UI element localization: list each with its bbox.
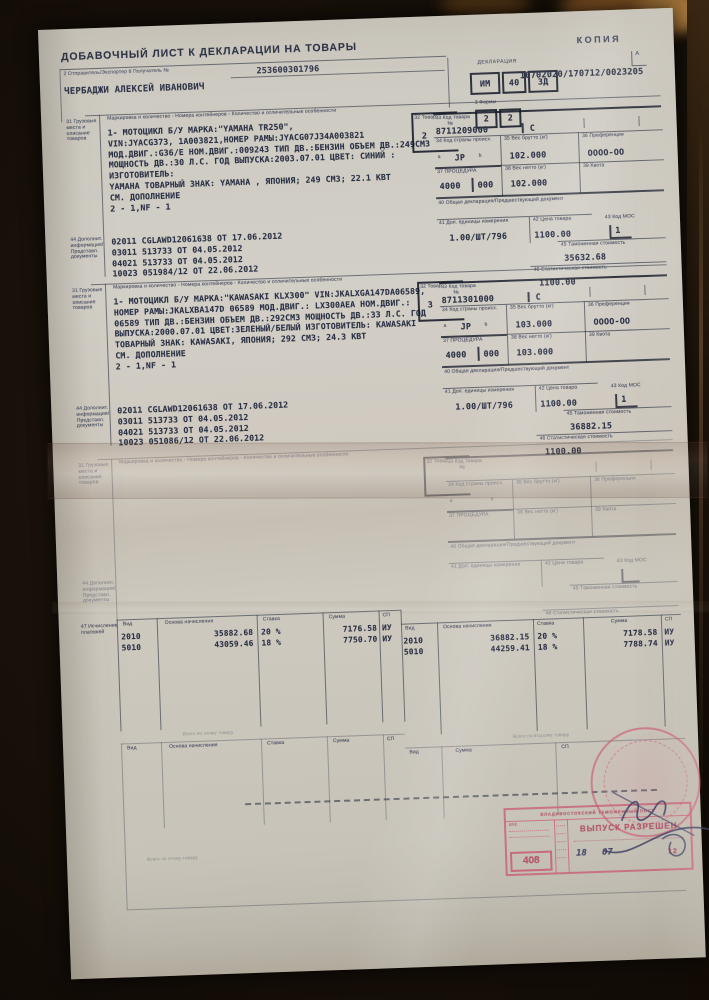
item-price: 1100.00	[540, 397, 577, 408]
box45-label: 45 Таможенная стоимость	[567, 410, 632, 418]
mos-code-box	[621, 568, 639, 583]
handwritten-signature	[543, 777, 709, 883]
col-sum: Сумма	[455, 748, 472, 754]
box35-gross: 35 Вес брутто (кг) 103.000	[506, 301, 586, 335]
box37-label: 37 ПРОЦЕДУРА	[437, 169, 477, 176]
col-sp: СП	[383, 613, 391, 619]
col-base: Основа начисления	[165, 619, 214, 626]
customs-stamp: ВЛАДИВОСТОКСКИЙ ТАМОЖЕННЫЙ ПОСТ ЛТС 408 …	[501, 725, 706, 892]
box41-label: 41 Доп. единицы измерения	[451, 562, 539, 571]
box45-label: 45 Таможенная стоимость	[561, 241, 626, 249]
box39-quota: 39 Квота	[591, 503, 677, 537]
col-sum: Сумма	[611, 619, 628, 625]
box38-net: 38 Вес нетто (кг) 102.000	[501, 162, 581, 196]
pay-row: ИУ	[382, 634, 392, 644]
box42-label: 42 Цена товара	[539, 385, 578, 392]
pay-row: ИУ	[665, 638, 675, 648]
item-number: 3	[428, 299, 434, 309]
preference-code: ОООО-ОО	[593, 316, 630, 327]
box41-units: 41 Доп. единицы измерения	[449, 560, 542, 590]
box41-units: 41 Доп. единицы измерения 1.00/ШТ/796	[437, 216, 530, 246]
payments-table-right: Вид Основа начисления Ставка Сумма СП 20…	[401, 614, 685, 736]
hs-code: 8711301000	[441, 293, 494, 305]
col-sum: Сумма	[329, 615, 346, 621]
box34-b: b	[484, 322, 487, 328]
goods-description: 1- МОТОЦИКЛ Б/У МАРКА:"KAWASAKI KLX300" …	[113, 285, 447, 372]
procedure-extra: 000	[483, 348, 499, 359]
box39-label: 39 Квота	[583, 163, 605, 170]
box37-procedure: 37 ПРОЦЕДУРА 4000 000	[435, 165, 502, 199]
col-sp: СП	[665, 617, 673, 623]
item-number: 2	[422, 130, 428, 140]
col-vid: Вид	[409, 750, 419, 756]
box37-procedure: 37 ПРОЦЕДУРА 4000 000	[441, 334, 508, 368]
box39-label: 39 Квота	[595, 507, 617, 514]
col-rate: Ставка	[537, 621, 554, 627]
pay-row: 18 %	[261, 638, 281, 649]
pay-row: 18 %	[538, 642, 558, 653]
box41-label: 41 Доп. единицы измерения	[445, 387, 533, 396]
col-vid: Вид	[127, 746, 137, 752]
customs-value: 36882.15	[570, 420, 612, 431]
box34-b: b	[491, 497, 494, 503]
box42-label: 42 Цена товара	[545, 560, 584, 567]
box34-a: a	[438, 155, 441, 161]
mos-code: 1	[609, 224, 631, 239]
customs-declaration-sheet: ДОБАВОЧНЫЙ ЛИСТ К ДЕКЛАРАЦИИ НА ТОВАРЫ К…	[38, 8, 706, 980]
copy-watermark: КОПИЯ	[577, 34, 622, 46]
box43-mos: 43 Код МОС	[603, 555, 678, 584]
pay-row: 5010	[121, 643, 141, 654]
gross-weight: 103.000	[515, 318, 552, 329]
mos-code: 1	[615, 393, 637, 408]
box39-quota: 39 Квота	[579, 159, 665, 193]
box42-price: 42 Цена товара	[541, 558, 605, 587]
box34-label: 34 Код страны происх.	[436, 137, 498, 145]
procedure-extra: 000	[477, 179, 493, 190]
documents-list: 02011 CGLAWD12061638 ОТ 17.06.2012 03011…	[117, 394, 438, 448]
box36-label: 36 Преференция	[588, 302, 630, 309]
box44-label: 44 Дополнит. информация/ Представл. доку…	[70, 237, 107, 261]
box37-label: 37 ПРОЦЕДУРА	[443, 338, 483, 345]
box39-quota: 39 Квота	[585, 328, 671, 362]
decl-direction: ИМ	[470, 72, 501, 95]
box40-label: 40 Общая декларация/Предшествующий докум…	[444, 362, 664, 375]
procedure-main: 4000	[440, 180, 461, 191]
box37-label: 37 ПРОЦЕДУРА	[449, 513, 489, 520]
pay-row: 2010	[403, 636, 423, 647]
pay-row: 20 %	[537, 631, 557, 642]
box38-label: 38 Вес нетто (кг)	[517, 508, 587, 516]
box36-preference: 36 Преференция ОООО-ОО	[578, 129, 664, 163]
box44-label: 44 Дополнит. информация/ Представл. доку…	[76, 406, 113, 430]
box38-net: 38 Вес нетто (кг) 103.000	[507, 331, 587, 365]
goods-block-2: 31 Грузовые места и описание товаров Мар…	[67, 264, 675, 455]
pay-row: 7788.74	[586, 639, 658, 652]
pay-row: 5010	[404, 647, 424, 658]
box41-label: 41 Доп. единицы измерения	[439, 218, 527, 227]
payments-table-left: Вид Основа начисления Ставка Сумма СП 20…	[117, 610, 405, 732]
box43-label: 43 Код МОС	[617, 558, 647, 565]
box40-label: 40 Общая декларация/Предшествующий докум…	[438, 193, 658, 206]
box34-b: b	[479, 154, 482, 160]
box35-label: 35 Вес брутто (кг)	[510, 303, 580, 311]
declaration-label: ДЕКЛАРАЦИЯ	[477, 59, 517, 66]
net-weight: 103.000	[516, 346, 553, 357]
box40-label: 40 Общая декларация/Предшествующий докум…	[450, 537, 670, 550]
preference-code: ОООО-ОО	[587, 147, 624, 158]
box38-label: 38 Вес нетто (кг)	[511, 333, 581, 341]
box34-a: a	[444, 324, 447, 330]
col-vid: Вид	[405, 626, 415, 632]
stamp-left-label: ЛТС	[509, 823, 518, 828]
box33-label: 33 Код товара	[441, 284, 476, 291]
box35-label: 35 Вес брутто (кг)	[504, 134, 574, 142]
supplementary-units: 1.00/ШТ/796	[449, 231, 507, 243]
box34-label: 34 Код страны происх.	[442, 306, 504, 314]
box34-country: 34 Код страны происх. a JP b	[434, 135, 501, 168]
col-base: Основа начисления	[443, 624, 492, 631]
pay-row: 2010	[121, 632, 141, 643]
box43-mos: 43 Код МОС 1	[597, 380, 672, 409]
documents-list: 02011 CGLAWD12061638 ОТ 17.06.2012 03011…	[111, 225, 432, 279]
box35-gross: 35 Вес брутто (кг) 102.000	[500, 132, 580, 166]
customs-value: 35632.68	[564, 251, 606, 262]
pay-row: 43059.46	[159, 639, 253, 652]
procedure-main: 4000	[445, 349, 466, 360]
box33-label: 33 Код товара	[435, 115, 470, 122]
goods-block-1: 31 Грузовые места и описание товаров Мар…	[61, 95, 669, 286]
hs-code-letter: С	[522, 122, 554, 133]
box42-label: 42 Цена товара	[533, 217, 572, 224]
col-base: Основа начисления	[169, 743, 218, 750]
pay-row: ИУ	[664, 627, 674, 637]
box39-label: 39 Квота	[589, 332, 611, 339]
col-vid: Вид	[123, 622, 133, 628]
pay-row: 20 %	[261, 627, 281, 638]
box34-country: 34 Код страны происх. a JP b	[440, 304, 507, 337]
paper-fold-crease	[48, 442, 708, 499]
pay-row: ИУ	[382, 623, 392, 633]
photo-frame: ДОБАВОЧНЫЙ ЛИСТ К ДЕКЛАРАЦИИ НА ТОВАРЫ К…	[0, 0, 709, 1000]
goods-description: 1- МОТОЦИКЛ Б/У МАРКА:"YAMAHA TR250", VI…	[107, 116, 442, 214]
sender-name: ЧЕРБАДЖИ АЛЕКСЕЙ ИВАНОВИЧ	[64, 82, 205, 97]
section-a-label: А	[635, 52, 639, 58]
box31-label: 31 Грузовые места и описание товаров	[66, 119, 101, 143]
box31-label: 31 Грузовые места и описание товаров	[72, 288, 107, 312]
col-rate: Ставка	[267, 741, 284, 747]
box42-price: 42 Цена товара 1100.00	[535, 383, 599, 412]
gross-weight: 102.000	[509, 149, 546, 160]
box37-procedure: 37 ПРОЦЕДУРА	[447, 509, 514, 543]
box36-preference: 36 Преференция ОООО-ОО	[584, 298, 670, 332]
pay-row: 7176.58	[325, 624, 377, 636]
total-band-bottom: Всего по этому товару	[147, 855, 198, 863]
box43-label: 43 Код МОС	[605, 214, 635, 221]
paper-fold-crease-2	[52, 601, 709, 614]
pay-row: 44259.41	[440, 643, 530, 656]
country-code: JP	[460, 321, 471, 331]
box42-price: 42 Цена товара 1100.00	[529, 214, 593, 243]
pay-row: 7750.70	[325, 635, 377, 647]
box45-label: 45 Таможенная стоимость	[573, 584, 638, 592]
net-weight: 102.000	[510, 177, 547, 188]
box36-label: 36 Преференция	[582, 133, 624, 140]
box34-a: a	[450, 499, 453, 505]
col-sum: Сумма	[333, 739, 350, 745]
hs-code: 8711209000	[436, 124, 489, 136]
total-this-item-label: Всего по этому товару	[183, 730, 234, 738]
col-sp: СП	[387, 737, 395, 743]
item-price: 1100.00	[534, 229, 571, 240]
box41-units: 41 Доп. единицы измерения 1.00/ШТ/796	[443, 385, 536, 415]
country-code: JP	[455, 152, 466, 162]
box38-net: 38 Вес нетто (кг)	[513, 506, 593, 540]
supplementary-units: 1.00/ШТ/796	[455, 400, 513, 412]
hs-code-letter: С	[527, 291, 559, 302]
box43-mos: 43 Код МОС 1	[591, 211, 666, 240]
col-rate: Ставка	[263, 617, 280, 623]
box38-label: 38 Вес нетто (кг)	[505, 164, 575, 172]
box43-label: 43 Код МОС	[611, 383, 641, 390]
section-a-corner: А	[631, 51, 647, 67]
